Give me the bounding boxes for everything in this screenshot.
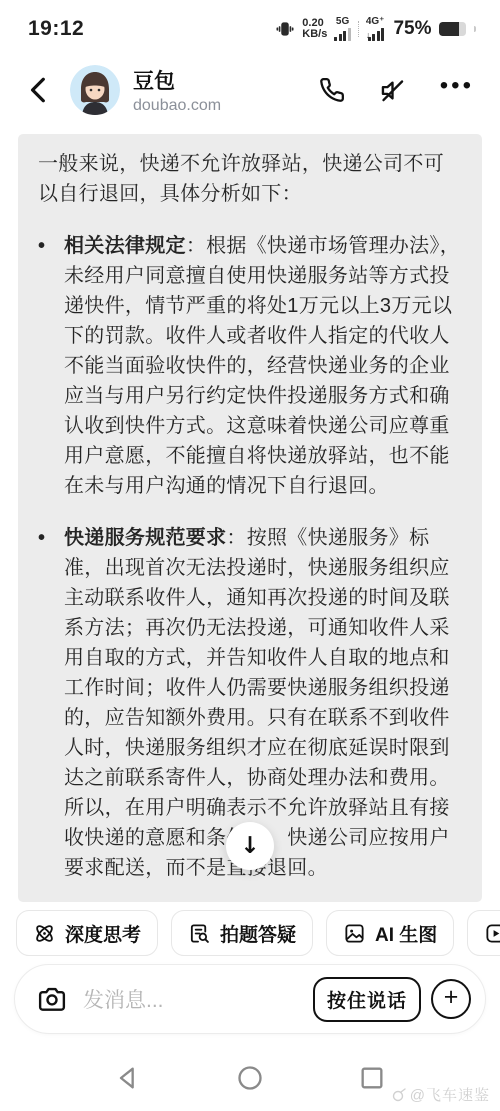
nav-home-button[interactable] (230, 1058, 270, 1098)
chat-header: 豆包 doubao.com ••• (0, 52, 500, 134)
chip-photo[interactable]: 照片 (467, 910, 500, 956)
chip-photo-solve[interactable]: 拍题答疑 (171, 910, 313, 956)
chip-ai-image[interactable]: AI 生图 (326, 910, 454, 956)
assistant-message: 一般来说，快递不允许放驿站，快递公司不可以自行退回，具体分析如下： • 相关法律… (18, 134, 482, 902)
phone-screen: 19:12 0.20 KB/s 5G 4G⁺ (0, 0, 500, 1111)
call-button[interactable] (319, 77, 345, 103)
sim1-signal: 5G (334, 17, 351, 41)
more-options-button[interactable]: ••• (440, 76, 474, 104)
list-item: • 相关法律规定：根据《快递市场管理办法》，未经用户同意擅自使用快递服务站等方式… (38, 231, 462, 501)
watermark-logo-icon (391, 1087, 407, 1103)
sim1-label: 5G (336, 17, 349, 27)
bullet-text: 相关法律规定：根据《快递市场管理办法》，未经用户同意擅自使用快递服务站等方式投递… (64, 231, 462, 501)
message-input-bar: 发消息... 按住说话 + (14, 964, 486, 1034)
homework-scan-icon (188, 922, 211, 945)
image-icon (343, 922, 366, 945)
nav-recents-button[interactable] (352, 1058, 392, 1098)
scroll-to-bottom-button[interactable]: ↓ (226, 822, 274, 870)
bullet-title: 快递服务规范要求 (64, 527, 226, 549)
watermark: @飞车速鉴 (391, 1084, 490, 1105)
video-play-icon (484, 922, 500, 945)
network-speed: 0.20 KB/s (302, 18, 327, 40)
message-intro: 一般来说，快递不允许放驿站，快递公司不可以自行退回，具体分析如下： (38, 149, 462, 209)
avatar[interactable] (70, 65, 120, 115)
chip-label: 拍题答疑 (220, 920, 296, 947)
net-speed-unit: KB/s (302, 29, 327, 40)
status-bar: 19:12 0.20 KB/s 5G 4G⁺ (0, 0, 500, 52)
input-bar-wrap: 发消息... 按住说话 + (0, 960, 500, 1044)
watermark-text: @飞车速鉴 (410, 1084, 490, 1105)
battery-percent: 75% (393, 18, 431, 40)
battery-nub (474, 26, 477, 32)
message-input[interactable]: 发消息... (83, 984, 313, 1014)
signal-bars-icon (334, 28, 351, 41)
chat-area: 一般来说，快递不允许放驿站，快递公司不可以自行退回，具体分析如下： • 相关法律… (0, 134, 500, 902)
chip-deep-thinking[interactable]: 深度思考 (16, 910, 158, 956)
contact-name: 豆包 (133, 65, 221, 95)
arrow-down-icon: ↓ (240, 833, 259, 859)
status-separator (358, 21, 359, 37)
bullet-marker: • (38, 523, 64, 883)
atom-icon (33, 922, 56, 945)
battery-icon (439, 22, 466, 36)
mute-icon[interactable] (379, 77, 406, 104)
chip-label: 深度思考 (65, 920, 141, 947)
ellipsis-icon: ••• (440, 76, 474, 104)
bullet-marker: • (38, 231, 64, 501)
quick-action-toolbar: 深度思考 拍题答疑 AI 生图 (0, 902, 500, 960)
bullet-body: ：根据《快递市场管理办法》，未经用户同意擅自使用快递服务站等方式投递快件，情节严… (64, 235, 460, 497)
chip-label: AI 生图 (375, 920, 437, 947)
clock: 19:12 (28, 17, 84, 41)
status-indicators: 0.20 KB/s 5G 4G⁺ ↓ 75% (275, 17, 476, 41)
nav-back-button[interactable] (108, 1058, 148, 1098)
back-button[interactable] (22, 70, 56, 110)
contact-subtitle: doubao.com (133, 97, 221, 115)
hold-to-talk-button[interactable]: 按住说话 (313, 977, 421, 1022)
bullet-title: 相关法律规定 (64, 235, 186, 257)
sim2-label: 4G⁺ (366, 17, 385, 27)
sim2-signal: 4G⁺ ↓ (366, 17, 385, 41)
camera-button[interactable] (37, 984, 67, 1014)
plus-icon: + (444, 985, 459, 1010)
vibrate-icon (275, 19, 295, 39)
header-actions: ••• (319, 76, 474, 104)
signal-bars-icon: ↓ (366, 28, 385, 41)
contact-info: 豆包 doubao.com (133, 65, 221, 115)
plus-button[interactable]: + (431, 979, 471, 1019)
